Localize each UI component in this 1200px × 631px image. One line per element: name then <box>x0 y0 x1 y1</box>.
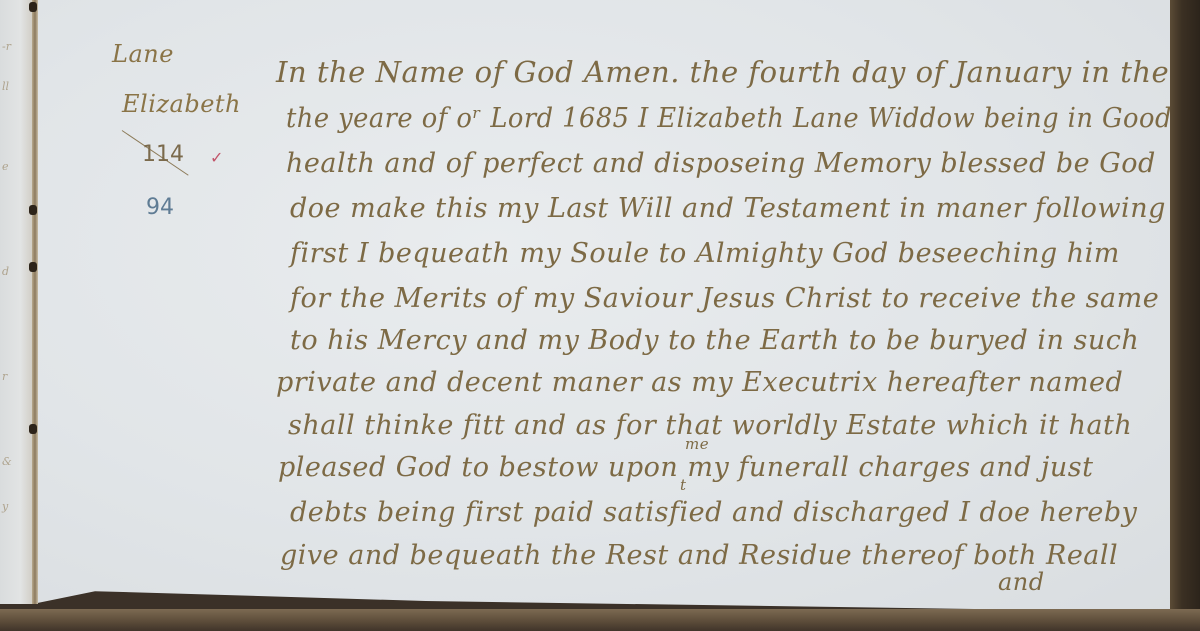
will-line-8: private and decent maner as my Executrix… <box>276 367 1123 398</box>
book-cover-edge-right <box>1170 0 1200 631</box>
catchword: and <box>998 568 1045 596</box>
will-line-7: to his Mercy and my Body to the Earth to… <box>290 325 1139 356</box>
folio-number-blue: 94 <box>146 195 174 220</box>
facing-page-text-fragment: -r <box>2 40 11 53</box>
book-binding-gutter <box>32 0 38 604</box>
superscript-insertion: t <box>680 476 687 494</box>
manuscript-photo: -r ll e d r & y Lane Elizabeth 114 ✓ 94 … <box>0 0 1200 631</box>
will-line-4: doe make this my Last Will and Testament… <box>290 193 1166 224</box>
will-line-5: first I bequeath my Soule to Almighty Go… <box>290 238 1120 269</box>
facing-page-edge: -r ll e d r & y <box>0 0 34 604</box>
will-line-11: debts being first paid satisfied and dis… <box>290 497 1137 528</box>
binding-stitch <box>29 424 37 434</box>
binding-stitch <box>29 262 37 272</box>
will-line-6: for the Merits of my Saviour Jesus Chris… <box>290 283 1159 314</box>
folio-number-pencil: 114 <box>142 142 184 167</box>
will-line-2: the yeare of oʳ Lord 1685 I Elizabeth La… <box>286 103 1172 134</box>
will-line-12: give and bequeath the Rest and Residue t… <box>280 540 1118 571</box>
facing-page-text-fragment: d <box>2 265 9 278</box>
will-line-3: health and of perfect and disposeing Mem… <box>286 148 1156 179</box>
will-line-1: In the Name of God Amen. the fourth day … <box>276 55 1169 89</box>
check-mark-icon: ✓ <box>210 148 223 167</box>
facing-page-text-fragment: & <box>2 455 12 468</box>
facing-page-text-fragment: r <box>2 370 7 383</box>
will-line-9: shall thinke fitt and as for that worldl… <box>288 410 1132 441</box>
facing-page-text-fragment: e <box>2 160 9 173</box>
binding-stitch <box>29 205 37 215</box>
margin-forename: Elizabeth <box>122 90 241 118</box>
binding-stitch <box>29 2 37 12</box>
margin-surname: Lane <box>112 40 174 68</box>
book-cover-edge-bottom <box>0 609 1200 631</box>
interlinear-insertion: me <box>685 435 709 453</box>
facing-page-text-fragment: y <box>2 500 8 513</box>
facing-page-text-fragment: ll <box>2 80 9 93</box>
